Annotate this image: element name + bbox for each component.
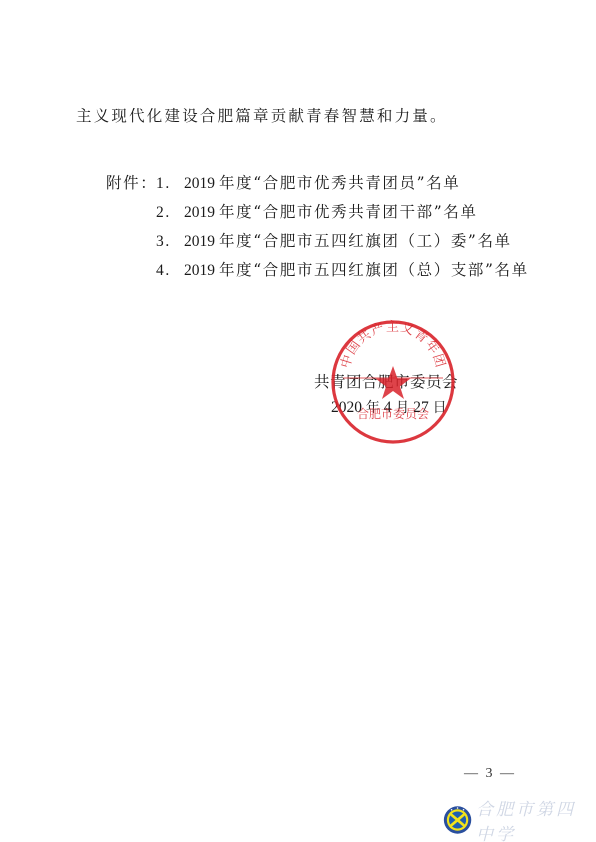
stamp-outer-text: 中国共产主义青年团 [337, 319, 447, 370]
school-emblem-icon [443, 803, 472, 837]
stamp-inner-text: 合肥市委员会 [357, 406, 429, 421]
attachment-number: 4. [156, 262, 184, 280]
attachment-year: 2019 [184, 204, 215, 221]
attachment-item-1: 1.2019年度“合肥市优秀共青团员”名单 [156, 171, 460, 193]
star-icon [376, 366, 411, 399]
svg-text:中国共产主义青年团: 中国共产主义青年团 [337, 319, 447, 370]
attachment-item-4: 4.2019年度“合肥市五四红旗团（总）支部”名单 [156, 258, 529, 280]
attachment-title: 年度“合肥市五四红旗团（总）支部”名单 [219, 261, 529, 279]
page-number: — 3 — [464, 766, 516, 782]
watermark: 合肥市第四中学 [443, 802, 596, 838]
watermark-text: 合肥市第四中学 [476, 795, 596, 842]
attachment-title: 年度“合肥市优秀共青团员”名单 [219, 174, 460, 192]
official-seal-stamp: 中国共产主义青年团 合肥市委员会 [329, 318, 457, 446]
attachment-number: 1. [156, 175, 184, 193]
attachment-title: 年度“合肥市五四红旗团（工）委”名单 [219, 232, 512, 250]
attachment-item-3: 3.2019年度“合肥市五四红旗团（工）委”名单 [156, 229, 512, 251]
attachment-year: 2019 [184, 233, 215, 250]
attachment-year: 2019 [184, 262, 215, 279]
attachment-title: 年度“合肥市优秀共青团干部”名单 [219, 203, 477, 221]
attachment-item-2: 2.2019年度“合肥市优秀共青团干部”名单 [156, 200, 477, 222]
attachment-number: 2. [156, 204, 184, 222]
attachment-year: 2019 [184, 175, 215, 192]
attachment-number: 3. [156, 233, 184, 251]
paragraph-continuation: 主义现代化建设合肥篇章贡献青春智慧和力量。 [76, 104, 448, 126]
attachments-label: 附件： [106, 171, 157, 193]
